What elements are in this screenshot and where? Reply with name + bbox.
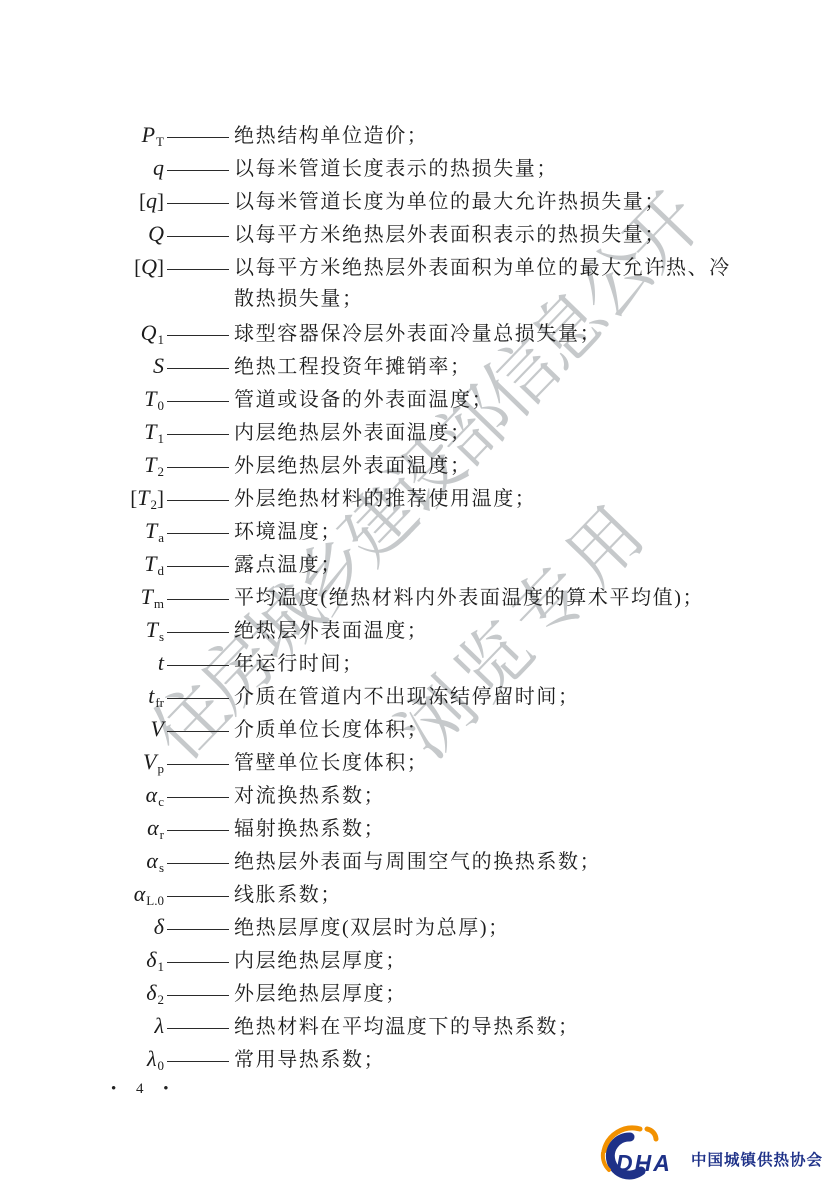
- symbol-term: αc: [113, 778, 164, 811]
- definition-dash: [167, 830, 229, 832]
- symbol-term: Ts: [113, 613, 164, 646]
- definition-dash: [167, 995, 229, 997]
- symbol-term: T2: [113, 448, 164, 481]
- symbol-definition: 管道或设备的外表面温度；: [234, 389, 493, 411]
- definition-dash: [167, 1028, 229, 1030]
- symbol-term: V: [113, 712, 164, 745]
- symbol-subscript: m: [154, 596, 164, 611]
- symbol-row: Td露点温度；: [113, 547, 731, 580]
- symbol-definition: 管壁单位长度体积；: [234, 752, 428, 774]
- symbol-letter: T: [144, 452, 156, 477]
- symbol-row: δ1内层绝热层厚度；: [113, 943, 731, 976]
- definition-dash: [167, 731, 229, 733]
- bracket-close: ]: [157, 189, 164, 213]
- symbol-row: tfr介质在管道内不出现冻结停留时间；: [113, 679, 731, 712]
- symbol-subscript: d: [158, 563, 165, 578]
- symbol-subscript: T: [156, 134, 164, 149]
- org-name: 中国城镇供热协会: [691, 1148, 823, 1170]
- symbol-letter: T: [144, 386, 156, 411]
- symbol-letter: V: [151, 716, 164, 741]
- dha-logo-icon: DHA: [594, 1124, 678, 1180]
- symbol-subscript: 2: [158, 464, 165, 479]
- symbol-definition: 绝热材料在平均温度下的导热系数；: [234, 1016, 580, 1038]
- symbol-term: Ta: [113, 514, 164, 547]
- symbol-row: δ绝热层厚度(双层时为总厚)；: [113, 910, 731, 943]
- symbol-letter: T: [146, 617, 158, 642]
- symbol-definition: 以每米管道长度为单位的最大允许热损失量；: [234, 191, 666, 213]
- symbol-definition: 绝热结构单位造价；: [234, 125, 428, 147]
- symbol-definition: 球型容器保冷层外表面冷量总损失量；: [234, 323, 601, 345]
- symbol-definition: 线胀系数；: [234, 884, 342, 906]
- symbol-letter: t: [148, 683, 154, 708]
- symbol-row: Vp管壁单位长度体积；: [113, 745, 731, 778]
- symbol-term: S: [113, 349, 164, 382]
- symbol-letter: V: [143, 749, 156, 774]
- symbol-term: [T2]: [113, 481, 164, 515]
- symbol-row: Tm平均温度(绝热材料内外表面温度的算术平均值)；: [113, 580, 731, 613]
- symbol-row: q以每米管道长度表示的热损失量；: [113, 151, 731, 184]
- association-logo: DHA 中国城镇供热协会: [594, 1124, 823, 1180]
- symbol-definition: 以每平方米绝热层外表面积为单位的最大允许热、冷: [234, 257, 731, 279]
- symbol-letter: q: [153, 155, 164, 180]
- definition-dash: [167, 698, 229, 700]
- symbol-letter: t: [158, 650, 164, 675]
- definition-dash: [167, 566, 229, 568]
- definition-dash: [167, 896, 229, 898]
- definition-dash: [167, 599, 229, 601]
- symbol-row: [T2]外层绝热材料的推荐使用温度；: [113, 481, 731, 514]
- symbol-definition: 外层绝热层外表面温度；: [234, 455, 472, 477]
- symbol-letter: Q: [148, 221, 164, 246]
- definition-dash: [167, 797, 229, 799]
- symbol-subscript: r: [160, 827, 164, 842]
- symbol-row: T0管道或设备的外表面温度；: [113, 382, 731, 415]
- definition-dash: [167, 863, 229, 865]
- symbol-subscript: 1: [158, 332, 165, 347]
- definition-dash: [167, 434, 229, 436]
- symbol-definition: 绝热层厚度(双层时为总厚)；: [234, 917, 510, 939]
- symbol-term: [Q]: [113, 250, 164, 284]
- symbol-term: Td: [113, 547, 164, 580]
- symbol-row: δ2外层绝热层厚度；: [113, 976, 731, 1009]
- symbol-letter: q: [146, 188, 157, 213]
- bracket-close: ]: [157, 255, 164, 279]
- symbol-row: Q1球型容器保冷层外表面冷量总损失量；: [113, 316, 731, 349]
- symbol-row: [Q]以每平方米绝热层外表面积为单位的最大允许热、冷: [113, 250, 731, 283]
- definition-dash: [167, 632, 229, 634]
- definition-dash: [167, 1061, 229, 1063]
- logo-abbr: DHA: [616, 1150, 672, 1176]
- symbol-row: Ts绝热层外表面温度；: [113, 613, 731, 646]
- symbol-definition: 年运行时间；: [234, 653, 364, 675]
- definition-dash: [167, 533, 229, 535]
- definition-dash: [167, 170, 229, 172]
- symbol-row: T1内层绝热层外表面温度；: [113, 415, 731, 448]
- definition-dash: [167, 236, 229, 238]
- symbol-definition: 外层绝热层厚度；: [234, 983, 407, 1005]
- symbol-term: t: [113, 646, 164, 679]
- symbol-row: t年运行时间；: [113, 646, 731, 679]
- symbol-term: δ: [113, 910, 164, 943]
- symbol-letter: λ: [154, 1013, 164, 1038]
- symbol-definition: 外层绝热材料的推荐使用温度；: [234, 488, 536, 510]
- definition-dash: [167, 929, 229, 931]
- symbol-subscript: 2: [158, 992, 165, 1007]
- symbol-row: [q]以每米管道长度为单位的最大允许热损失量；: [113, 184, 731, 217]
- definition-dash: [167, 269, 229, 271]
- symbol-row: V介质单位长度体积；: [113, 712, 731, 745]
- symbol-row: λ0常用导热系数；: [113, 1042, 731, 1075]
- definition-dash: [167, 764, 229, 766]
- symbol-term: δ2: [113, 976, 164, 1009]
- symbol-letter: δ: [146, 947, 156, 972]
- symbol-definition: 介质单位长度体积；: [234, 719, 428, 741]
- symbol-term: Q: [113, 217, 164, 250]
- symbol-row: λ绝热材料在平均温度下的导热系数；: [113, 1009, 731, 1042]
- definition-dash: [167, 962, 229, 964]
- symbol-term: Q1: [113, 316, 164, 349]
- symbol-subscript: 1: [158, 959, 165, 974]
- symbol-letter: δ: [146, 980, 156, 1005]
- definition-dash: [167, 467, 229, 469]
- symbol-row: Q以每平方米绝热层外表面积表示的热损失量；: [113, 217, 731, 250]
- symbol-term: Vp: [113, 745, 164, 778]
- symbol-subscript: L.0: [146, 893, 164, 908]
- definition-dash: [167, 401, 229, 403]
- symbol-subscript: 1: [158, 431, 165, 446]
- symbol-definition: 内层绝热层厚度；: [234, 950, 407, 972]
- symbol-subscript: fr: [155, 695, 164, 710]
- definition-dash: [167, 335, 229, 337]
- symbol-letter: α: [134, 881, 146, 906]
- symbol-definition: 露点温度；: [234, 554, 342, 576]
- symbol-definition: 辐射换热系数；: [234, 818, 385, 840]
- symbol-subscript: 0: [158, 398, 165, 413]
- symbol-definition: 散热损失量；: [234, 288, 364, 310]
- symbol-row: αr辐射换热系数；: [113, 811, 731, 844]
- symbol-subscript: a: [158, 530, 164, 545]
- symbol-letter: λ: [147, 1046, 157, 1071]
- page-number: • 4 •: [111, 1081, 177, 1098]
- symbol-term: PT: [113, 118, 164, 151]
- symbol-letter: T: [144, 551, 156, 576]
- symbol-definition-list: PT绝热结构单位造价；q以每米管道长度表示的热损失量；[q]以每米管道长度为单位…: [113, 118, 731, 1075]
- symbol-letter: P: [142, 122, 155, 147]
- symbol-letter: T: [141, 584, 153, 609]
- symbol-letter: Q: [141, 254, 157, 279]
- symbol-letter: T: [144, 419, 156, 444]
- symbol-subscript: s: [159, 629, 164, 644]
- symbol-term: q: [113, 151, 164, 184]
- symbol-letter: δ: [154, 914, 164, 939]
- definition-dash: [167, 665, 229, 667]
- document-page: 住房城乡建设部信息公开 浏览专用 PT绝热结构单位造价；q以每米管道长度表示的热…: [0, 0, 827, 1199]
- symbol-term: T1: [113, 415, 164, 448]
- symbol-term: T0: [113, 382, 164, 415]
- symbol-definition: 绝热工程投资年摊销率；: [234, 356, 472, 378]
- symbol-letter: α: [147, 815, 159, 840]
- symbol-definition: 介质在管道内不出现冻结停留时间；: [234, 686, 580, 708]
- logo-orange-arc-inner: [647, 1129, 656, 1139]
- symbol-term: λ: [113, 1009, 164, 1042]
- symbol-subscript: c: [158, 794, 164, 809]
- symbol-term: [q]: [113, 184, 164, 218]
- definition-dash: [167, 368, 229, 370]
- symbol-row: T2外层绝热层外表面温度；: [113, 448, 731, 481]
- symbol-definition: 绝热层外表面与周围空气的换热系数；: [234, 851, 601, 873]
- symbol-letter: α: [146, 782, 158, 807]
- symbol-letter: Q: [141, 320, 157, 345]
- symbol-definition: 绝热层外表面温度；: [234, 620, 428, 642]
- symbol-letter: α: [146, 848, 158, 873]
- symbol-letter: T: [145, 518, 157, 543]
- definition-dash: [167, 500, 229, 502]
- symbol-subscript: s: [159, 860, 164, 875]
- definition-dash: [167, 137, 229, 139]
- symbol-row: Ta环境温度；: [113, 514, 731, 547]
- symbol-row: 散热损失量；: [113, 283, 731, 316]
- symbol-subscript: 0: [158, 1058, 165, 1073]
- symbol-term: αr: [113, 811, 164, 844]
- bracket-close: ]: [157, 486, 164, 510]
- symbol-definition: 内层绝热层外表面温度；: [234, 422, 472, 444]
- symbol-row: αs绝热层外表面与周围空气的换热系数；: [113, 844, 731, 877]
- symbol-definition: 常用导热系数；: [234, 1049, 385, 1071]
- symbol-definition: 以每平方米绝热层外表面积表示的热损失量；: [234, 224, 666, 246]
- symbol-subscript: p: [158, 761, 165, 776]
- definition-dash: [167, 203, 229, 205]
- symbol-definition: 平均温度(绝热材料内外表面温度的算术平均值)；: [234, 587, 704, 609]
- symbol-row: S绝热工程投资年摊销率；: [113, 349, 731, 382]
- symbol-definition: 环境温度；: [234, 521, 342, 543]
- symbol-term: αL.0: [113, 877, 164, 910]
- symbol-row: PT绝热结构单位造价；: [113, 118, 731, 151]
- bracket-open: [: [139, 189, 146, 213]
- symbol-term: Tm: [113, 580, 164, 613]
- symbol-term: tfr: [113, 679, 164, 712]
- symbol-definition: 以每米管道长度表示的热损失量；: [234, 158, 558, 180]
- symbol-term: αs: [113, 844, 164, 877]
- symbol-term: λ0: [113, 1042, 164, 1075]
- symbol-letter: T: [137, 485, 149, 510]
- symbol-row: αc对流换热系数；: [113, 778, 731, 811]
- symbol-term: δ1: [113, 943, 164, 976]
- symbol-letter: S: [153, 353, 164, 378]
- symbol-definition: 对流换热系数；: [234, 785, 385, 807]
- symbol-row: αL.0线胀系数；: [113, 877, 731, 910]
